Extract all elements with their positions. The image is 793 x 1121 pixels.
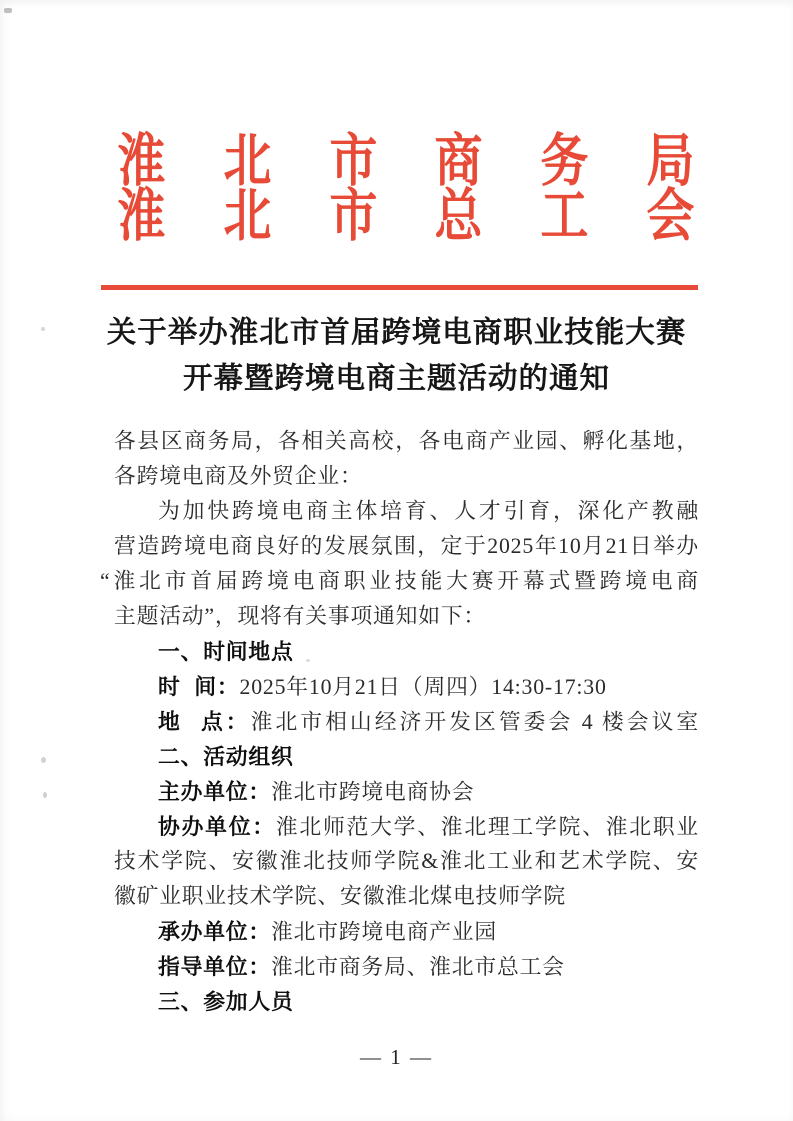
letterhead-divider-rule (101, 285, 698, 290)
scan-artifact (43, 792, 47, 798)
letterhead-char: 淮 (118, 188, 166, 245)
letterhead-char: 北 (223, 188, 271, 245)
body-line: 营造跨境电商良好的发展氛围，定于2025年10月21日举办 (114, 529, 699, 564)
letterhead-char: 市 (329, 133, 377, 190)
letterhead-line-1: 淮北市商务局 (113, 133, 699, 190)
document-body: 各县区商务局，各相关高校，各电商产业园、孵化基地，各跨境电商及外贸企业：为加快跨… (114, 424, 699, 1019)
page-number: — 1 — (0, 1045, 793, 1070)
scan-artifact (306, 659, 310, 662)
scan-artifact (4, 8, 12, 13)
document-title: 关于举办淮北市首届跨境电商职业技能大赛 开幕暨跨境电商主题活动的通知 (0, 310, 793, 402)
body-line: 时 间：2025年10月21日（周四）14:30-17:30 (114, 669, 699, 704)
letterhead-char: 商 (435, 133, 483, 190)
letterhead-char: 会 (647, 188, 695, 245)
body-line: 技术学院、安徽淮北技师学院&淮北工业和艺术学院、安 (114, 844, 699, 879)
scan-artifact (41, 327, 45, 331)
body-line: “淮北市首届跨境电商职业技能大赛开幕式暨跨境电商 (100, 564, 699, 599)
letterhead-line-2: 淮北市总工会 (113, 188, 699, 245)
body-line: 承办单位：淮北市跨境电商产业园 (114, 914, 699, 949)
section-heading: 三、参加人员 (114, 984, 699, 1019)
scan-artifact (41, 757, 46, 763)
body-line: 各跨境电商及外贸企业： (114, 459, 699, 494)
section-heading: 二、活动组织 (114, 739, 699, 774)
section-heading: 一、时间地点 (114, 634, 699, 669)
document-title-line-1: 关于举办淮北市首届跨境电商职业技能大赛 (0, 310, 793, 356)
body-line: 指导单位：淮北市商务局、淮北市总工会 (114, 949, 699, 984)
letterhead-char: 务 (541, 133, 589, 190)
letterhead-char: 局 (647, 133, 695, 190)
body-line: 主题活动”，现将有关事项通知如下： (114, 599, 699, 634)
field-label: 承办单位： (158, 919, 271, 944)
body-line: 为加快跨境电商主体培育、人才引育，深化产教融合， (114, 494, 699, 529)
letterhead-char: 工 (541, 188, 589, 245)
letterhead-char: 总 (435, 188, 483, 245)
letterhead-char: 淮 (118, 133, 166, 190)
field-label: 协办单位： (158, 814, 276, 839)
letterhead-char: 市 (329, 188, 377, 245)
body-line: 徽矿业职业技术学院、安徽淮北煤电技师学院 (114, 879, 699, 914)
body-line: 主办单位：淮北市跨境电商协会 (114, 774, 699, 809)
body-line: 地 点：淮北市相山经济开发区管委会 4 楼会议室 (114, 704, 699, 739)
letterhead-char: 北 (223, 133, 271, 190)
field-label: 时 间： (158, 674, 240, 699)
field-label: 指导单位： (158, 954, 271, 979)
field-label: 地 点： (158, 709, 251, 734)
document-title-line-2: 开幕暨跨境电商主题活动的通知 (0, 356, 793, 402)
document-page: 淮北市商务局 淮北市总工会 关于举办淮北市首届跨境电商职业技能大赛 开幕暨跨境电… (0, 0, 793, 1121)
field-label: 主办单位： (158, 779, 271, 804)
body-line: 协办单位：淮北师范大学、淮北理工学院、淮北职业 (114, 809, 699, 844)
body-line: 各县区商务局，各相关高校，各电商产业园、孵化基地， (114, 424, 699, 459)
